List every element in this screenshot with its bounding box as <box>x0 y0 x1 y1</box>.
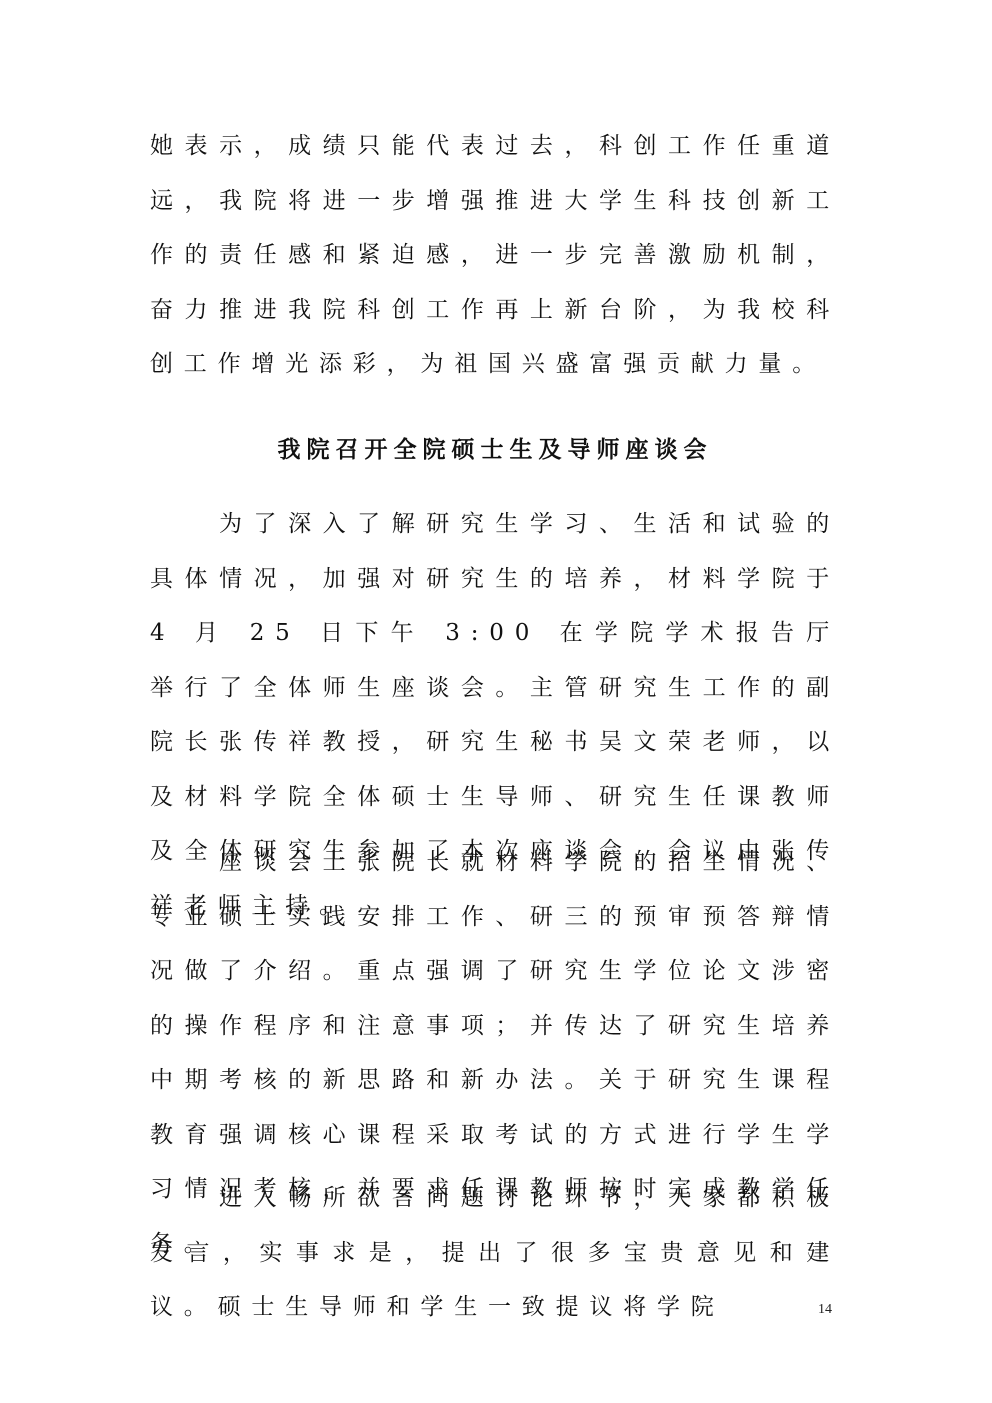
section-heading: 我院召开全院硕士生及导师座谈会 <box>150 428 840 472</box>
document-page: 她表示，成绩只能代表过去，科创工作任重道远，我院将进一步增强推进大学生科技创新工… <box>0 0 992 1403</box>
page-number: 14 <box>818 1302 832 1318</box>
paragraph-continuation: 她表示，成绩只能代表过去，科创工作任重道远，我院将进一步增强推进大学生科技创新工… <box>150 119 840 392</box>
paragraph-discussion: 进入畅所欲言问题讨论环节，大家都积极发言，实事求是，提出了很多宝贵意见和建议。硕… <box>150 1171 840 1335</box>
